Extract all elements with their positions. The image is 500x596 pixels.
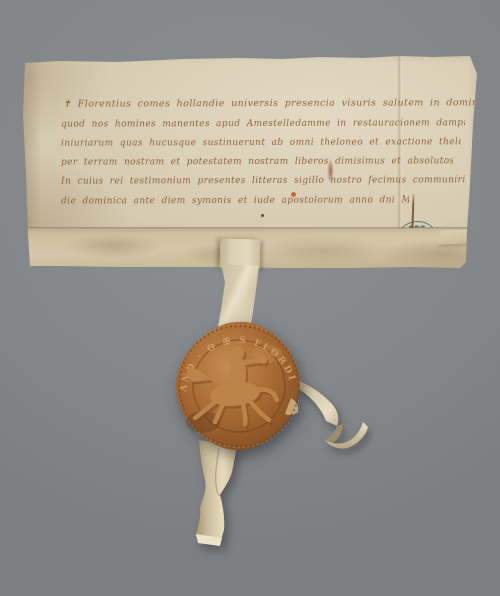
falcon-icon <box>259 356 267 364</box>
seal-tag-front <box>220 238 261 268</box>
manuscript-line: ✝ Florentius comes hollandie universis p… <box>63 97 475 109</box>
manuscript-line: iniuriarum quas hucusque sustinuerunt ab… <box>61 137 461 148</box>
wax-seal: ΛND · Θ ✠ S FLORDI <box>163 316 315 462</box>
manuscript-line: die dominica ante diem symonis et iude a… <box>61 195 409 206</box>
strap-twist-shadow <box>325 424 343 443</box>
horse-hindleg <box>243 404 245 424</box>
manuscript-line: In cuius rei testimonium presentes litte… <box>61 175 469 186</box>
photograph-background: ✝ Florentius comes hollandie universis p… <box>0 0 500 596</box>
manuscript-line: quod nos homines manentes apud Amestelle… <box>61 118 465 129</box>
manuscript-line: per terram nostram et potestatem nostram… <box>61 156 453 167</box>
ink-speck <box>261 214 264 217</box>
rider-head <box>232 347 245 360</box>
plica-corner-flap <box>437 229 475 244</box>
parchment-charter: ✝ Florentius comes hollandie universis p… <box>23 54 481 270</box>
plica-crease-line <box>23 227 481 230</box>
